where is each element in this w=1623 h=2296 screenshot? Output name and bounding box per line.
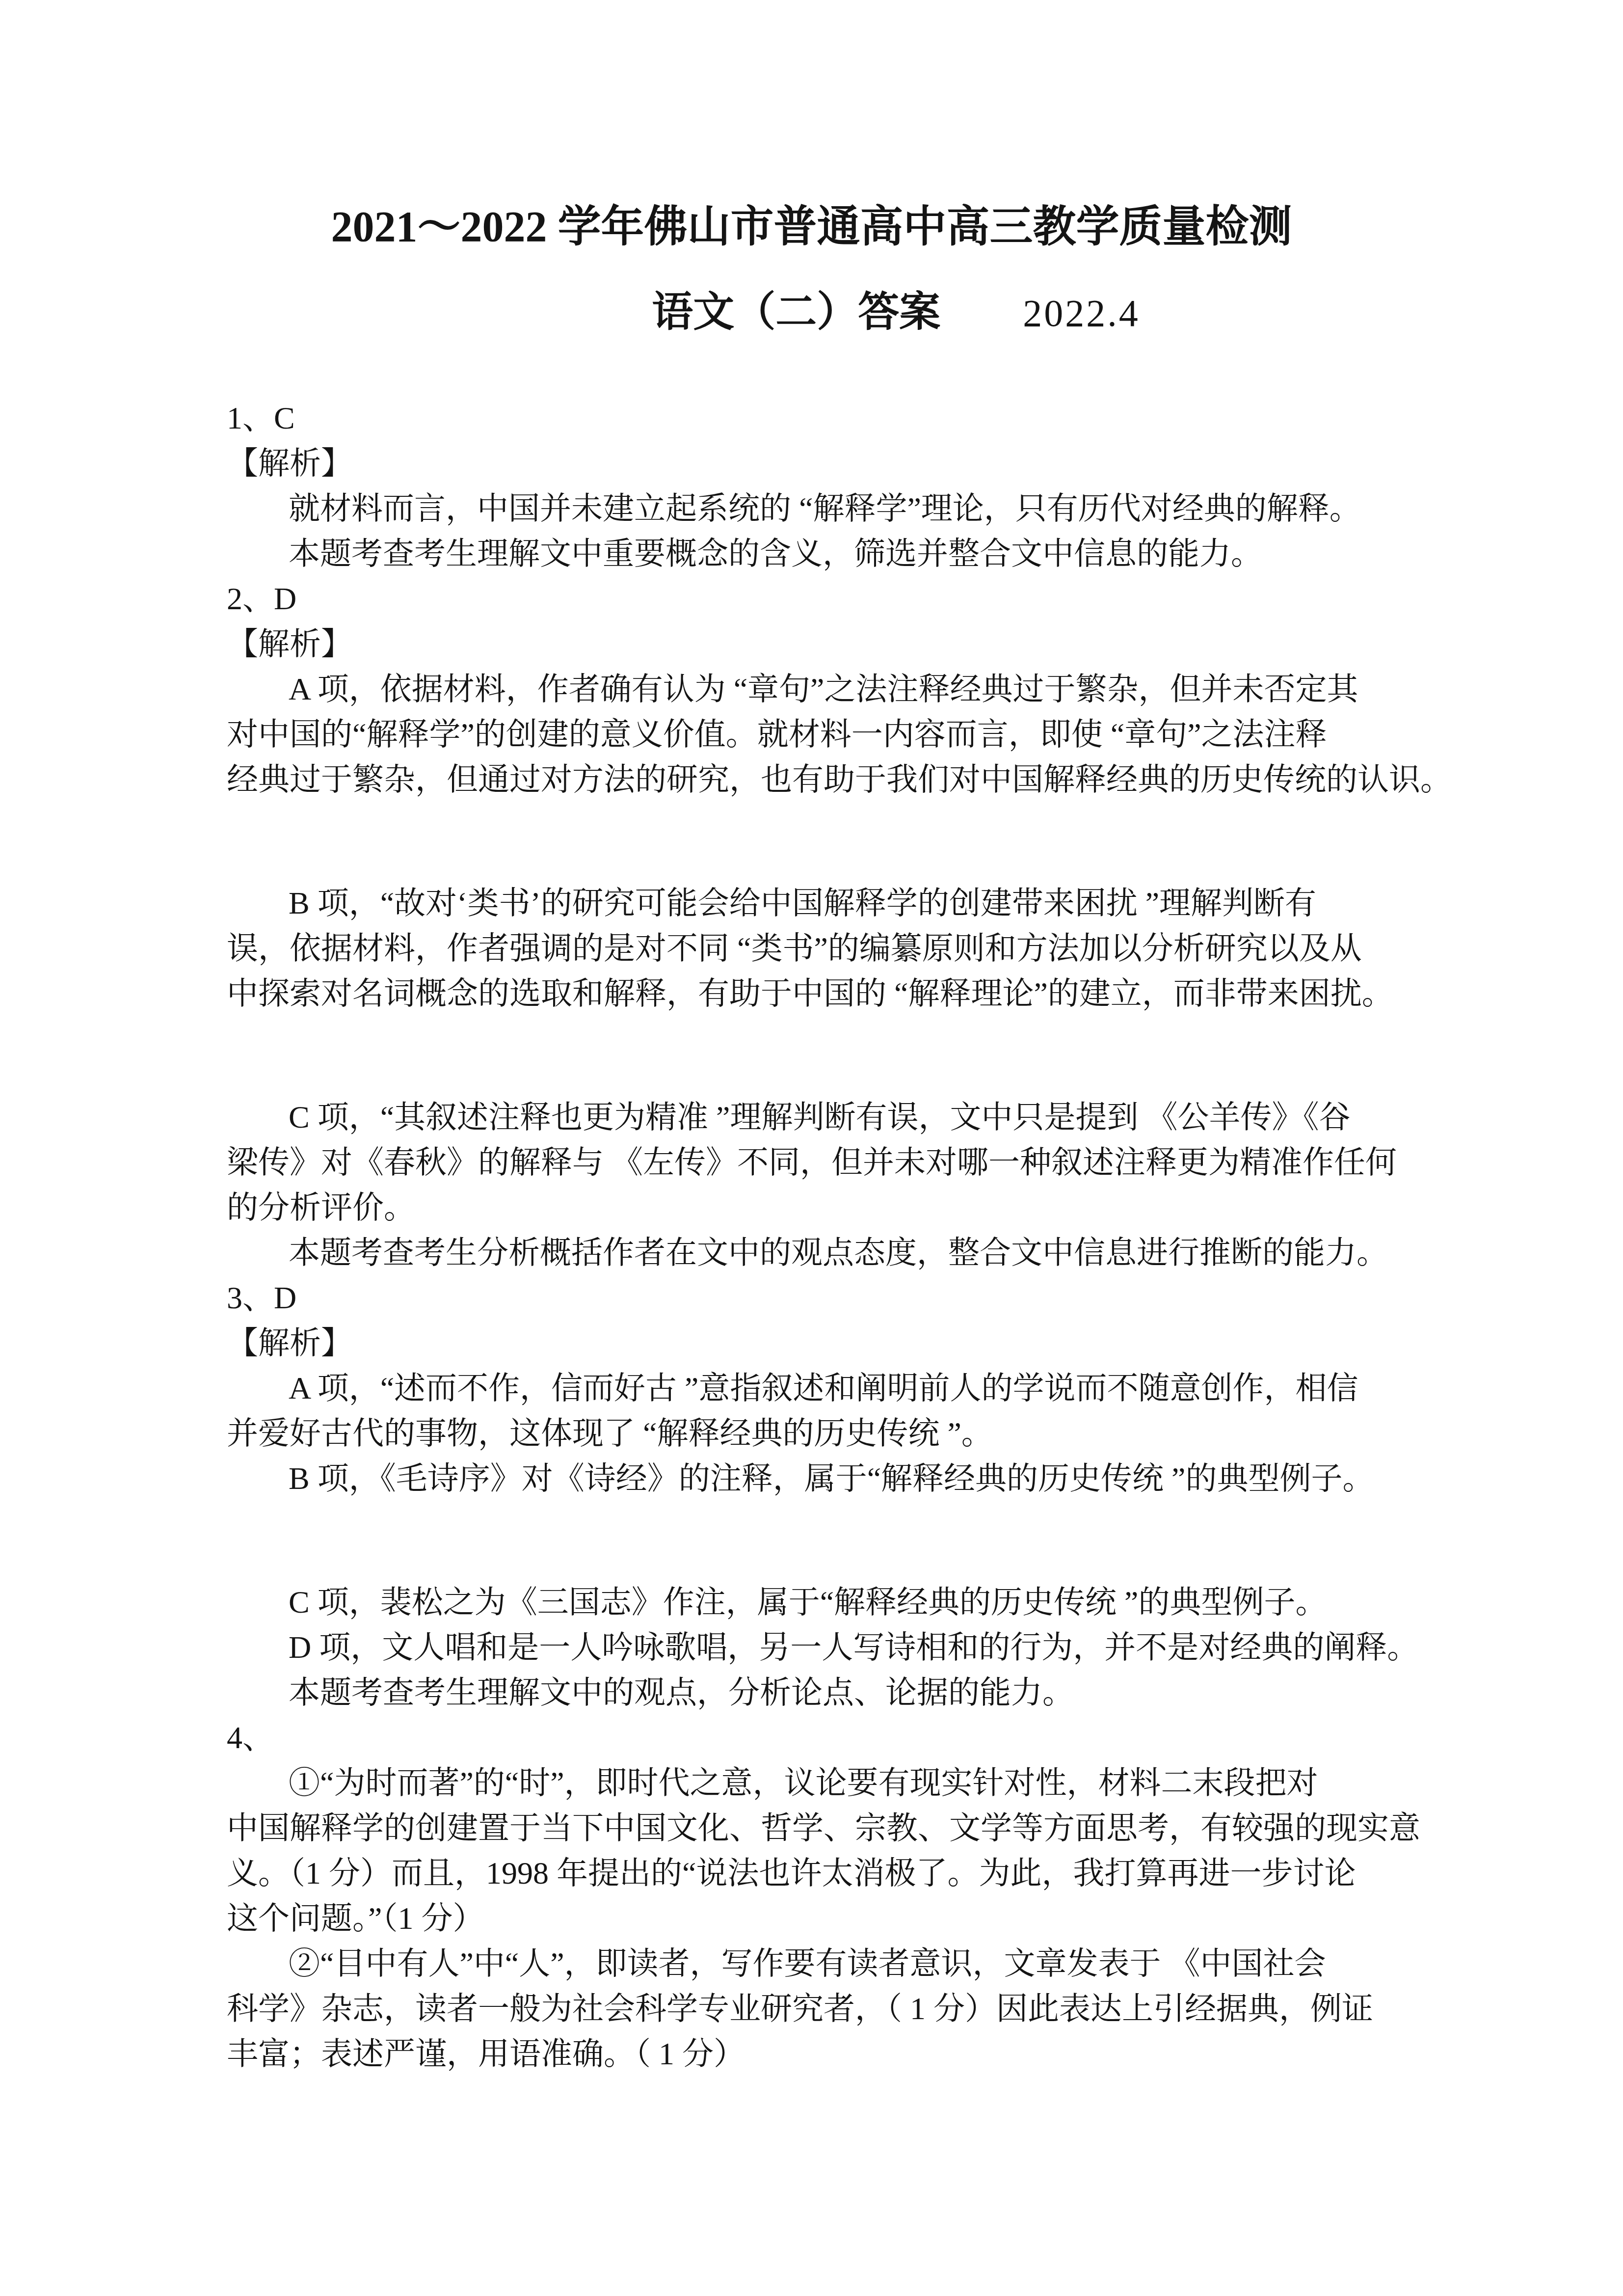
answer-line: 并爱好古代的事物，这体现了 “解释经典的历史传统 ”。 bbox=[227, 1411, 1421, 1456]
answer-line: 义。（1 分）而且，1998 年提出的“说法也许太消极了。为此，我打算再进一步讨… bbox=[227, 1851, 1421, 1896]
answer-line: ②“目中有人”中“人”，即读者，写作要有读者意识，文章发表于 《中国社会 bbox=[227, 1941, 1421, 1986]
subtitle-date: 2022.4 bbox=[1023, 292, 1140, 334]
answer-line: A 项，“述而不作，信而好古 ”意指叙述和阐明前人的学说而不随意创作，相信 bbox=[227, 1366, 1421, 1411]
answer-line: B 项，《毛诗序》对《诗经》的注释，属于“解释经典的历史传统 ”的典型例子。 bbox=[227, 1456, 1421, 1501]
answer-line: 中探索对名词概念的选取和解释，有助于中国的 “解释理论”的建立，而非带来困扰。 bbox=[227, 971, 1421, 1016]
answer-line: C 项，“其叙述注释也更为精准 ”理解判断有误，文中只是提到 《公羊传》《谷 bbox=[227, 1095, 1421, 1140]
answer-line: 这个问题。”（1 分） bbox=[227, 1896, 1421, 1941]
subtitle-row: 语文（二）答案2022.4 bbox=[652, 289, 1140, 337]
answer-line: 梁传》对《春秋》的解释与 《左传》不同，但并未对哪一种叙述注释更为精准作任何 bbox=[227, 1140, 1421, 1185]
question-answer-label: 3、D bbox=[227, 1275, 1421, 1321]
document-subtitle: 语文（二）答案2022.4 bbox=[0, 289, 1623, 337]
subtitle-text: 语文（二）答案 bbox=[652, 290, 940, 335]
answer-line: 就材料而言，中国并未建立起系统的 “解释学”理论，只有历代对经典的解释。 bbox=[227, 486, 1421, 531]
document-page: 2021～2022 学年佛山市普通高中高三教学质量检测 语文（二）答案2022.… bbox=[0, 0, 1623, 2296]
answer-line: 对中国的“解释学”的创建的意义价值。就材料一内容而言，即使 “章句”之法注释 bbox=[227, 712, 1421, 757]
answer-line: 科学》杂志，读者一般为社会科学专业研究者，（ 1 分）因此表达上引经据典，例证 bbox=[227, 1986, 1421, 2031]
question-answer-label: 1、C bbox=[227, 396, 1421, 441]
answer-line: 本题考查考生理解文中的观点，分析论点、论据的能力。 bbox=[227, 1670, 1421, 1715]
answers-body: 1、C【解析】就材料而言，中国并未建立起系统的 “解释学”理论，只有历代对经典的… bbox=[227, 396, 1421, 2077]
answer-line: C 项，裴松之为《三国志》作注，属于“解释经典的历史传统 ”的典型例子。 bbox=[227, 1580, 1421, 1625]
question-answer-label: 2、D bbox=[227, 576, 1421, 621]
answer-line: 本题考查考生分析概括作者在文中的观点态度，整合文中信息进行推断的能力。 bbox=[227, 1230, 1421, 1275]
question-block: 3、D【解析】A 项，“述而不作，信而好古 ”意指叙述和阐明前人的学说而不随意创… bbox=[227, 1275, 1421, 1715]
question-answer-label: 4、 bbox=[227, 1715, 1421, 1760]
answer-line: ①“为时而著”的“时”，即时代之意，议论要有现实针对性，材料二末段把对 bbox=[227, 1760, 1421, 1806]
answer-line: 经典过于繁杂，但通过对方法的研究，也有助于我们对中国解释经典的历史传统的认识。 bbox=[227, 757, 1421, 802]
answer-line: B 项，“故对‘类书’的研究可能会给中国解释学的创建带来困扰 ”理解判断有 bbox=[227, 881, 1421, 926]
question-block: 4、①“为时而著”的“时”，即时代之意，议论要有现实针对性，材料二末段把对中国解… bbox=[227, 1715, 1421, 2077]
answer-line: 中国解释学的创建置于当下中国文化、哲学、宗教、文学等方面思考，有较强的现实意 bbox=[227, 1806, 1421, 1851]
question-block: 1、C【解析】就材料而言，中国并未建立起系统的 “解释学”理论，只有历代对经典的… bbox=[227, 396, 1421, 576]
question-block: 2、D【解析】A 项，依据材料，作者确有认为 “章句”之法注释经典过于繁杂，但并… bbox=[227, 576, 1421, 1275]
analysis-heading: 【解析】 bbox=[227, 621, 1421, 667]
answer-line: 本题考查考生理解文中重要概念的含义，筛选并整合文中信息的能力。 bbox=[227, 531, 1421, 576]
analysis-heading: 【解析】 bbox=[227, 1321, 1421, 1366]
answer-line: 丰富；表述严谨，用语准确。（ 1 分） bbox=[227, 2031, 1421, 2077]
answer-line: A 项，依据材料，作者确有认为 “章句”之法注释经典过于繁杂，但并未否定其 bbox=[227, 667, 1421, 712]
answer-line: D 项，文人唱和是一人吟咏歌唱，另一人写诗相和的行为，并不是对经典的阐释。 bbox=[227, 1625, 1421, 1670]
analysis-heading: 【解析】 bbox=[227, 441, 1421, 486]
answer-line: 的分析评价。 bbox=[227, 1185, 1421, 1230]
answer-line: 误，依据材料，作者强调的是对不同 “类书”的编纂原则和方法加以分析研究以及从 bbox=[227, 926, 1421, 971]
document-title: 2021～2022 学年佛山市普通高中高三教学质量检测 bbox=[0, 0, 1623, 252]
